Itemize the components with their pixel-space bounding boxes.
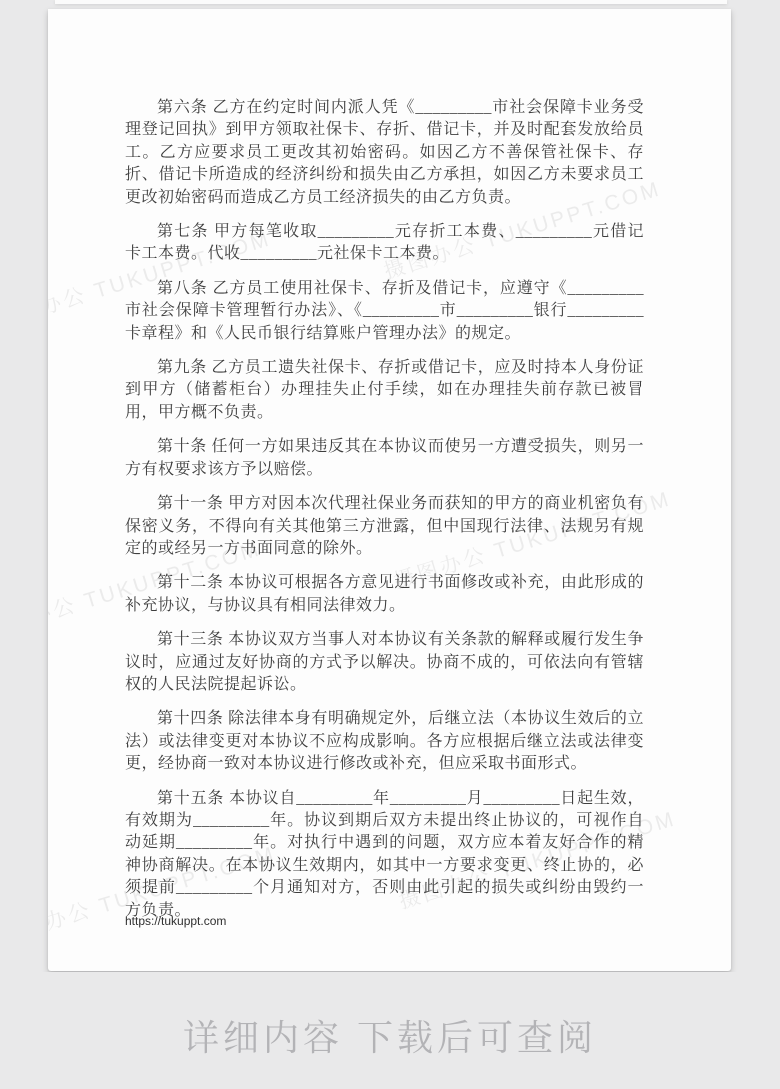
footer-caption: 详细内容 下载后可查阅 [183, 1010, 597, 1061]
clause-paragraph-14: 第十四条 除法律本身有明确规定外，后继立法（本协议生效后的立法）或法律变更对本协… [125, 708, 644, 775]
clause-paragraph-15: 第十五条 本协议自_________年_________月_________日起… [125, 788, 644, 922]
clause-paragraph-7: 第七条 甲方每笔收取_________元存折工本费、_________元借记卡工… [125, 221, 644, 266]
document-url: https://tukuppt.com [125, 914, 226, 928]
clause-paragraph-10: 第十条 任何一方如果违反其在本协议而使另一方遭受损失，则另一方有权要求该方予以赔… [125, 436, 644, 481]
clause-paragraph-6: 第六条 乙方在约定时间内派人凭《_________市社会保障卡业务受理登记回执》… [125, 97, 644, 209]
preview-stage: 摄图办公 TUKUPPT.COM 摄图办公 TUKUPPT.COM 摄图办公 T… [0, 0, 780, 1089]
clause-paragraph-13: 第十三条 本协议双方当事人对本协议有关条款的解释或履行发生争议时，应通过友好协商… [125, 629, 644, 696]
clause-paragraph-8: 第八条 乙方员工使用社保卡、存折及借记卡，应遵守《_________市社会保障卡… [125, 278, 644, 345]
clause-paragraph-12: 第十二条 本协议可根据各方意见进行书面修改或补充，由此形成的补充协议，与协议具有… [125, 572, 644, 617]
document-page: 摄图办公 TUKUPPT.COM 摄图办公 TUKUPPT.COM 摄图办公 T… [48, 9, 731, 971]
previous-page-edge [55, 0, 727, 4]
clause-paragraph-11: 第十一条 甲方对因本次代理社保业务而获知的甲方的商业机密负有保密义务，不得向有关… [125, 493, 644, 560]
document-body: 第六条 乙方在约定时间内派人凭《_________市社会保障卡业务受理登记回执》… [125, 97, 644, 934]
footer-banner: 详细内容 下载后可查阅 [0, 972, 780, 1089]
clause-paragraph-9: 第九条 乙方员工遗失社保卡、存折或借记卡，应及时持本人身份证到甲方（储蓄柜台）办… [125, 357, 644, 424]
